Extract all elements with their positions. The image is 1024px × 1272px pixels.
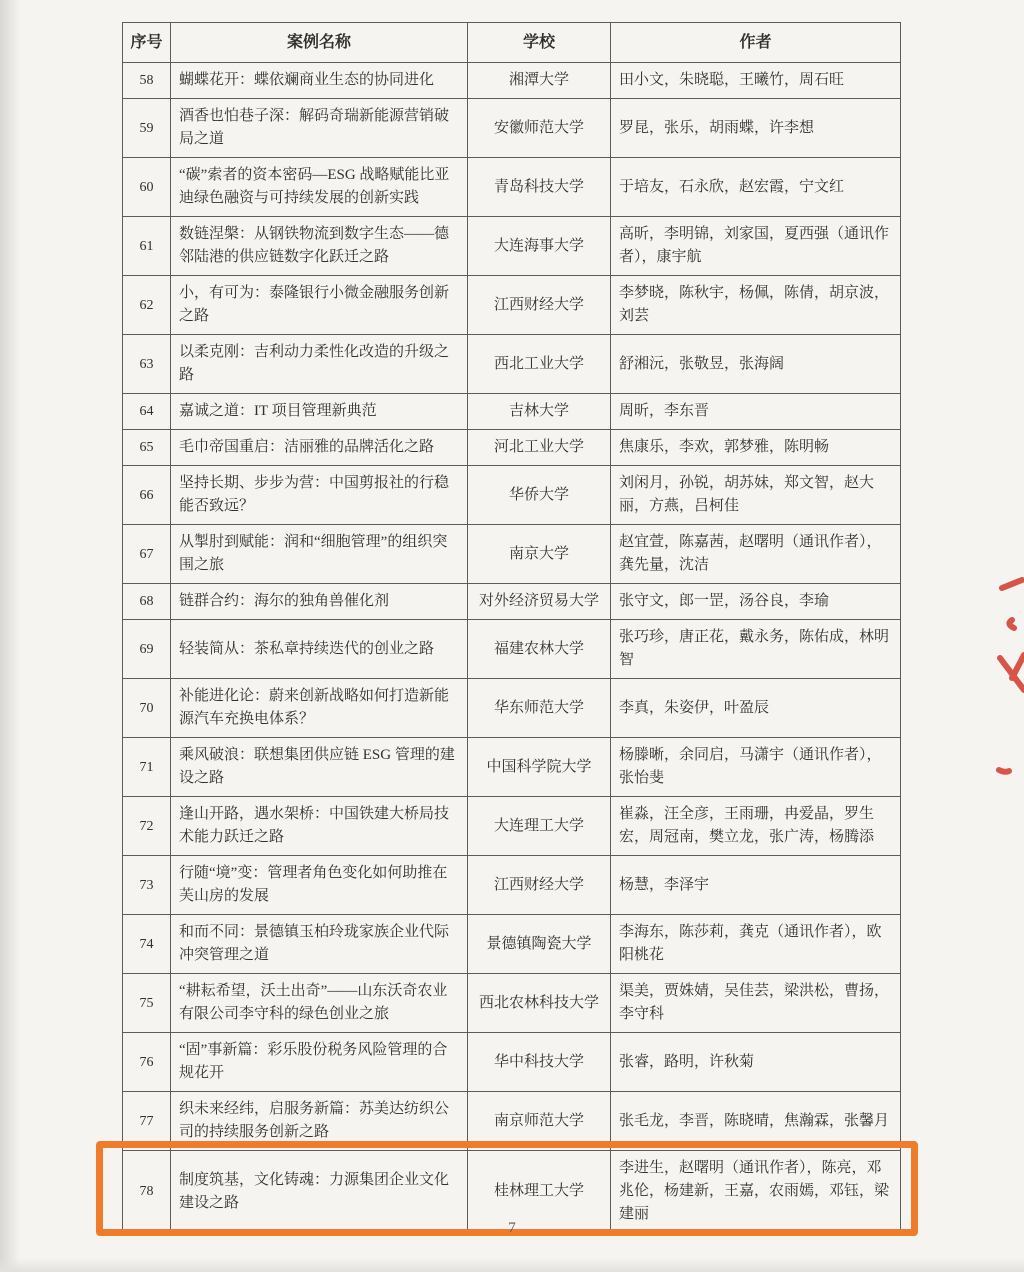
row-authors: 于培友，石永欣，赵宏霞，宁文红: [611, 158, 901, 217]
table-row: 68 链群合约：海尔的独角兽催化剂 对外经济贸易大学 张守文，郎一罡，汤谷良，李…: [123, 584, 901, 620]
row-title: 补能进化论：蔚来创新战略如何打造新能源汽车充换电体系？: [171, 679, 468, 738]
table-row: 60 “碳”索者的资本密码—ESG 战略赋能比亚迪绿色融资与可持续发展的创新实践…: [123, 158, 901, 217]
row-school: 安徽师范大学: [468, 99, 611, 158]
row-authors: 舒湘沅，张敬昱，张海阔: [611, 335, 901, 394]
row-no: 65: [123, 430, 171, 466]
row-no: 70: [123, 679, 171, 738]
table-row: 77 织未来经纬，启服务新篇：苏美达纺织公司的持续服务创新之路 南京师范大学 张…: [123, 1092, 901, 1151]
row-authors: 杨滕晰，余同启，马潇宇（通讯作者），张怡斐: [611, 738, 901, 797]
row-authors: 张巧珍，唐正花，戴永务，陈佑成，林明智: [611, 620, 901, 679]
row-no: 64: [123, 394, 171, 430]
table-row: 69 轻装简从：茶私章持续迭代的创业之路 福建农林大学 张巧珍，唐正花，戴永务，…: [123, 620, 901, 679]
table-row: 74 和而不同：景德镇玉柏玲珑家族企业代际冲突管理之道 景德镇陶瓷大学 李海东，…: [123, 915, 901, 974]
row-no: 73: [123, 856, 171, 915]
row-title: 小，有可为：泰隆银行小微金融服务创新之路: [171, 276, 468, 335]
row-school: 大连理工大学: [468, 797, 611, 856]
header-title: 案例名称: [171, 23, 468, 63]
row-no: 74: [123, 915, 171, 974]
row-authors: 张睿，路明，许秋菊: [611, 1033, 901, 1092]
row-title: “耕耘希望，沃土出奇”——山东沃奇农业有限公司李守科的绿色创业之旅: [171, 974, 468, 1033]
row-no: 62: [123, 276, 171, 335]
row-school: 南京师范大学: [468, 1092, 611, 1151]
row-no: 66: [123, 466, 171, 525]
row-authors: 张守文，郎一罡，汤谷良，李瑜: [611, 584, 901, 620]
table-row: 71 乘风破浪：联想集团供应链 ESG 管理的建设之路 中国科学院大学 杨滕晰，…: [123, 738, 901, 797]
table-row: 76 “固”事新篇：彩乐股份税务风险管理的合规花开 华中科技大学 张睿，路明，许…: [123, 1033, 901, 1092]
table-row: 75 “耕耘希望，沃土出奇”——山东沃奇农业有限公司李守科的绿色创业之旅 西北农…: [123, 974, 901, 1033]
row-authors: 李梦晓，陈秋宇，杨佩，陈倩，胡京波，刘芸: [611, 276, 901, 335]
table-row: 61 数链涅槃：从钢铁物流到数字生态——德邻陆港的供应链数字化跃迁之路 大连海事…: [123, 217, 901, 276]
row-title: 和而不同：景德镇玉柏玲珑家族企业代际冲突管理之道: [171, 915, 468, 974]
row-school: 中国科学院大学: [468, 738, 611, 797]
row-no: 69: [123, 620, 171, 679]
header-no: 序号: [123, 23, 171, 63]
row-authors: 田小文，朱晓聪，王曦竹，周石旺: [611, 63, 901, 99]
row-title: 数链涅槃：从钢铁物流到数字生态——德邻陆港的供应链数字化跃迁之路: [171, 217, 468, 276]
red-pen-marks: [990, 560, 1024, 800]
row-no: 60: [123, 158, 171, 217]
row-authors: 李海东，陈莎莉，龚克（通讯作者），欧阳桃花: [611, 915, 901, 974]
row-title: 毛巾帝国重启：洁丽雅的品牌活化之路: [171, 430, 468, 466]
row-title: 链群合约：海尔的独角兽催化剂: [171, 584, 468, 620]
row-school: 大连海事大学: [468, 217, 611, 276]
row-school: 湘潭大学: [468, 63, 611, 99]
row-title: “碳”索者的资本密码—ESG 战略赋能比亚迪绿色融资与可持续发展的创新实践: [171, 158, 468, 217]
table-row: 58 蝴蝶花开：蝶依斓商业生态的协同进化 湘潭大学 田小文，朱晓聪，王曦竹，周石…: [123, 63, 901, 99]
page-number: 7: [0, 1220, 1024, 1237]
row-school: 青岛科技大学: [468, 158, 611, 217]
case-list-table: 序号 案例名称 学校 作者 58 蝴蝶花开：蝶依斓商业生态的协同进化 湘潭大学 …: [122, 22, 901, 1233]
row-school: 吉林大学: [468, 394, 611, 430]
row-school: 华中科技大学: [468, 1033, 611, 1092]
row-no: 77: [123, 1092, 171, 1151]
row-authors: 李真，朱姿伊，叶盈辰: [611, 679, 901, 738]
row-authors: 崔淼，汪全彦，王雨珊，冉爱晶，罗生宏，周冠南，樊立龙，张广涛，杨腾添: [611, 797, 901, 856]
row-school: 西北农林科技大学: [468, 974, 611, 1033]
row-title: 织未来经纬，启服务新篇：苏美达纺织公司的持续服务创新之路: [171, 1092, 468, 1151]
row-school: 江西财经大学: [468, 856, 611, 915]
row-authors: 周昕，李东晋: [611, 394, 901, 430]
row-title: 以柔克刚：吉利动力柔性化改造的升级之路: [171, 335, 468, 394]
row-school: 华侨大学: [468, 466, 611, 525]
row-school: 景德镇陶瓷大学: [468, 915, 611, 974]
table-row: 72 逢山开路，遇水架桥：中国铁建大桥局技术能力跃迁之路 大连理工大学 崔淼，汪…: [123, 797, 901, 856]
row-school: 华东师范大学: [468, 679, 611, 738]
row-title: 逢山开路，遇水架桥：中国铁建大桥局技术能力跃迁之路: [171, 797, 468, 856]
row-title: 嘉诚之道：IT 项目管理新典范: [171, 394, 468, 430]
row-title: 蝴蝶花开：蝶依斓商业生态的协同进化: [171, 63, 468, 99]
row-title: 酒香也怕巷子深：解码奇瑞新能源营销破局之道: [171, 99, 468, 158]
scan-edge-shading: [0, 0, 20, 1272]
row-title: 从掣肘到赋能：润和“细胞管理”的组织突围之旅: [171, 525, 468, 584]
row-authors: 焦康乐，李欢，郭梦雅，陈明畅: [611, 430, 901, 466]
table-header-row: 序号 案例名称 学校 作者: [123, 23, 901, 63]
row-authors: 杨慧，李泽宇: [611, 856, 901, 915]
row-school: 对外经济贸易大学: [468, 584, 611, 620]
row-school: 河北工业大学: [468, 430, 611, 466]
table-row: 73 行随“境”变：管理者角色变化如何助推在芙山房的发展 江西财经大学 杨慧，李…: [123, 856, 901, 915]
header-authors: 作者: [611, 23, 901, 63]
row-title: 坚持长期、步步为营：中国剪报社的行稳能否致远？: [171, 466, 468, 525]
table-row: 59 酒香也怕巷子深：解码奇瑞新能源营销破局之道 安徽师范大学 罗昆，张乐，胡雨…: [123, 99, 901, 158]
row-school: 南京大学: [468, 525, 611, 584]
row-no: 75: [123, 974, 171, 1033]
scan-edge-shading-bottom: [0, 1258, 1024, 1272]
table-row: 62 小，有可为：泰隆银行小微金融服务创新之路 江西财经大学 李梦晓，陈秋宇，杨…: [123, 276, 901, 335]
row-no: 72: [123, 797, 171, 856]
row-authors: 罗昆，张乐，胡雨蝶，许李想: [611, 99, 901, 158]
row-authors: 赵宜萱，陈嘉茜，赵曙明（通讯作者），龚先量，沈洁: [611, 525, 901, 584]
table-row: 64 嘉诚之道：IT 项目管理新典范 吉林大学 周昕，李东晋: [123, 394, 901, 430]
table-row: 63 以柔克刚：吉利动力柔性化改造的升级之路 西北工业大学 舒湘沅，张敬昱，张海…: [123, 335, 901, 394]
row-no: 71: [123, 738, 171, 797]
row-school: 福建农林大学: [468, 620, 611, 679]
row-title: 轻装简从：茶私章持续迭代的创业之路: [171, 620, 468, 679]
table-row: 70 补能进化论：蔚来创新战略如何打造新能源汽车充换电体系？ 华东师范大学 李真…: [123, 679, 901, 738]
table-row: 65 毛巾帝国重启：洁丽雅的品牌活化之路 河北工业大学 焦康乐，李欢，郭梦雅，陈…: [123, 430, 901, 466]
row-no: 76: [123, 1033, 171, 1092]
row-no: 63: [123, 335, 171, 394]
row-title: “固”事新篇：彩乐股份税务风险管理的合规花开: [171, 1033, 468, 1092]
row-authors: 刘闲月，孙锐，胡苏妹，郑文智，赵大丽，方燕，吕柯佳: [611, 466, 901, 525]
table-row: 66 坚持长期、步步为营：中国剪报社的行稳能否致远？ 华侨大学 刘闲月，孙锐，胡…: [123, 466, 901, 525]
row-no: 67: [123, 525, 171, 584]
row-title: 乘风破浪：联想集团供应链 ESG 管理的建设之路: [171, 738, 468, 797]
row-school: 西北工业大学: [468, 335, 611, 394]
row-title: 行随“境”变：管理者角色变化如何助推在芙山房的发展: [171, 856, 468, 915]
row-authors: 高昕，李明锦，刘家国，夏西强（通讯作者），康宇航: [611, 217, 901, 276]
table-row: 67 从掣肘到赋能：润和“细胞管理”的组织突围之旅 南京大学 赵宜萱，陈嘉茜，赵…: [123, 525, 901, 584]
row-no: 68: [123, 584, 171, 620]
row-authors: 张毛龙，李晋，陈晓晴，焦瀚霖，张馨月: [611, 1092, 901, 1151]
row-no: 59: [123, 99, 171, 158]
row-authors: 渠美，贾姝婧，吴佳芸，梁洪松，曹扬，李守科: [611, 974, 901, 1033]
row-no: 61: [123, 217, 171, 276]
header-school: 学校: [468, 23, 611, 63]
row-school: 江西财经大学: [468, 276, 611, 335]
row-no: 58: [123, 63, 171, 99]
